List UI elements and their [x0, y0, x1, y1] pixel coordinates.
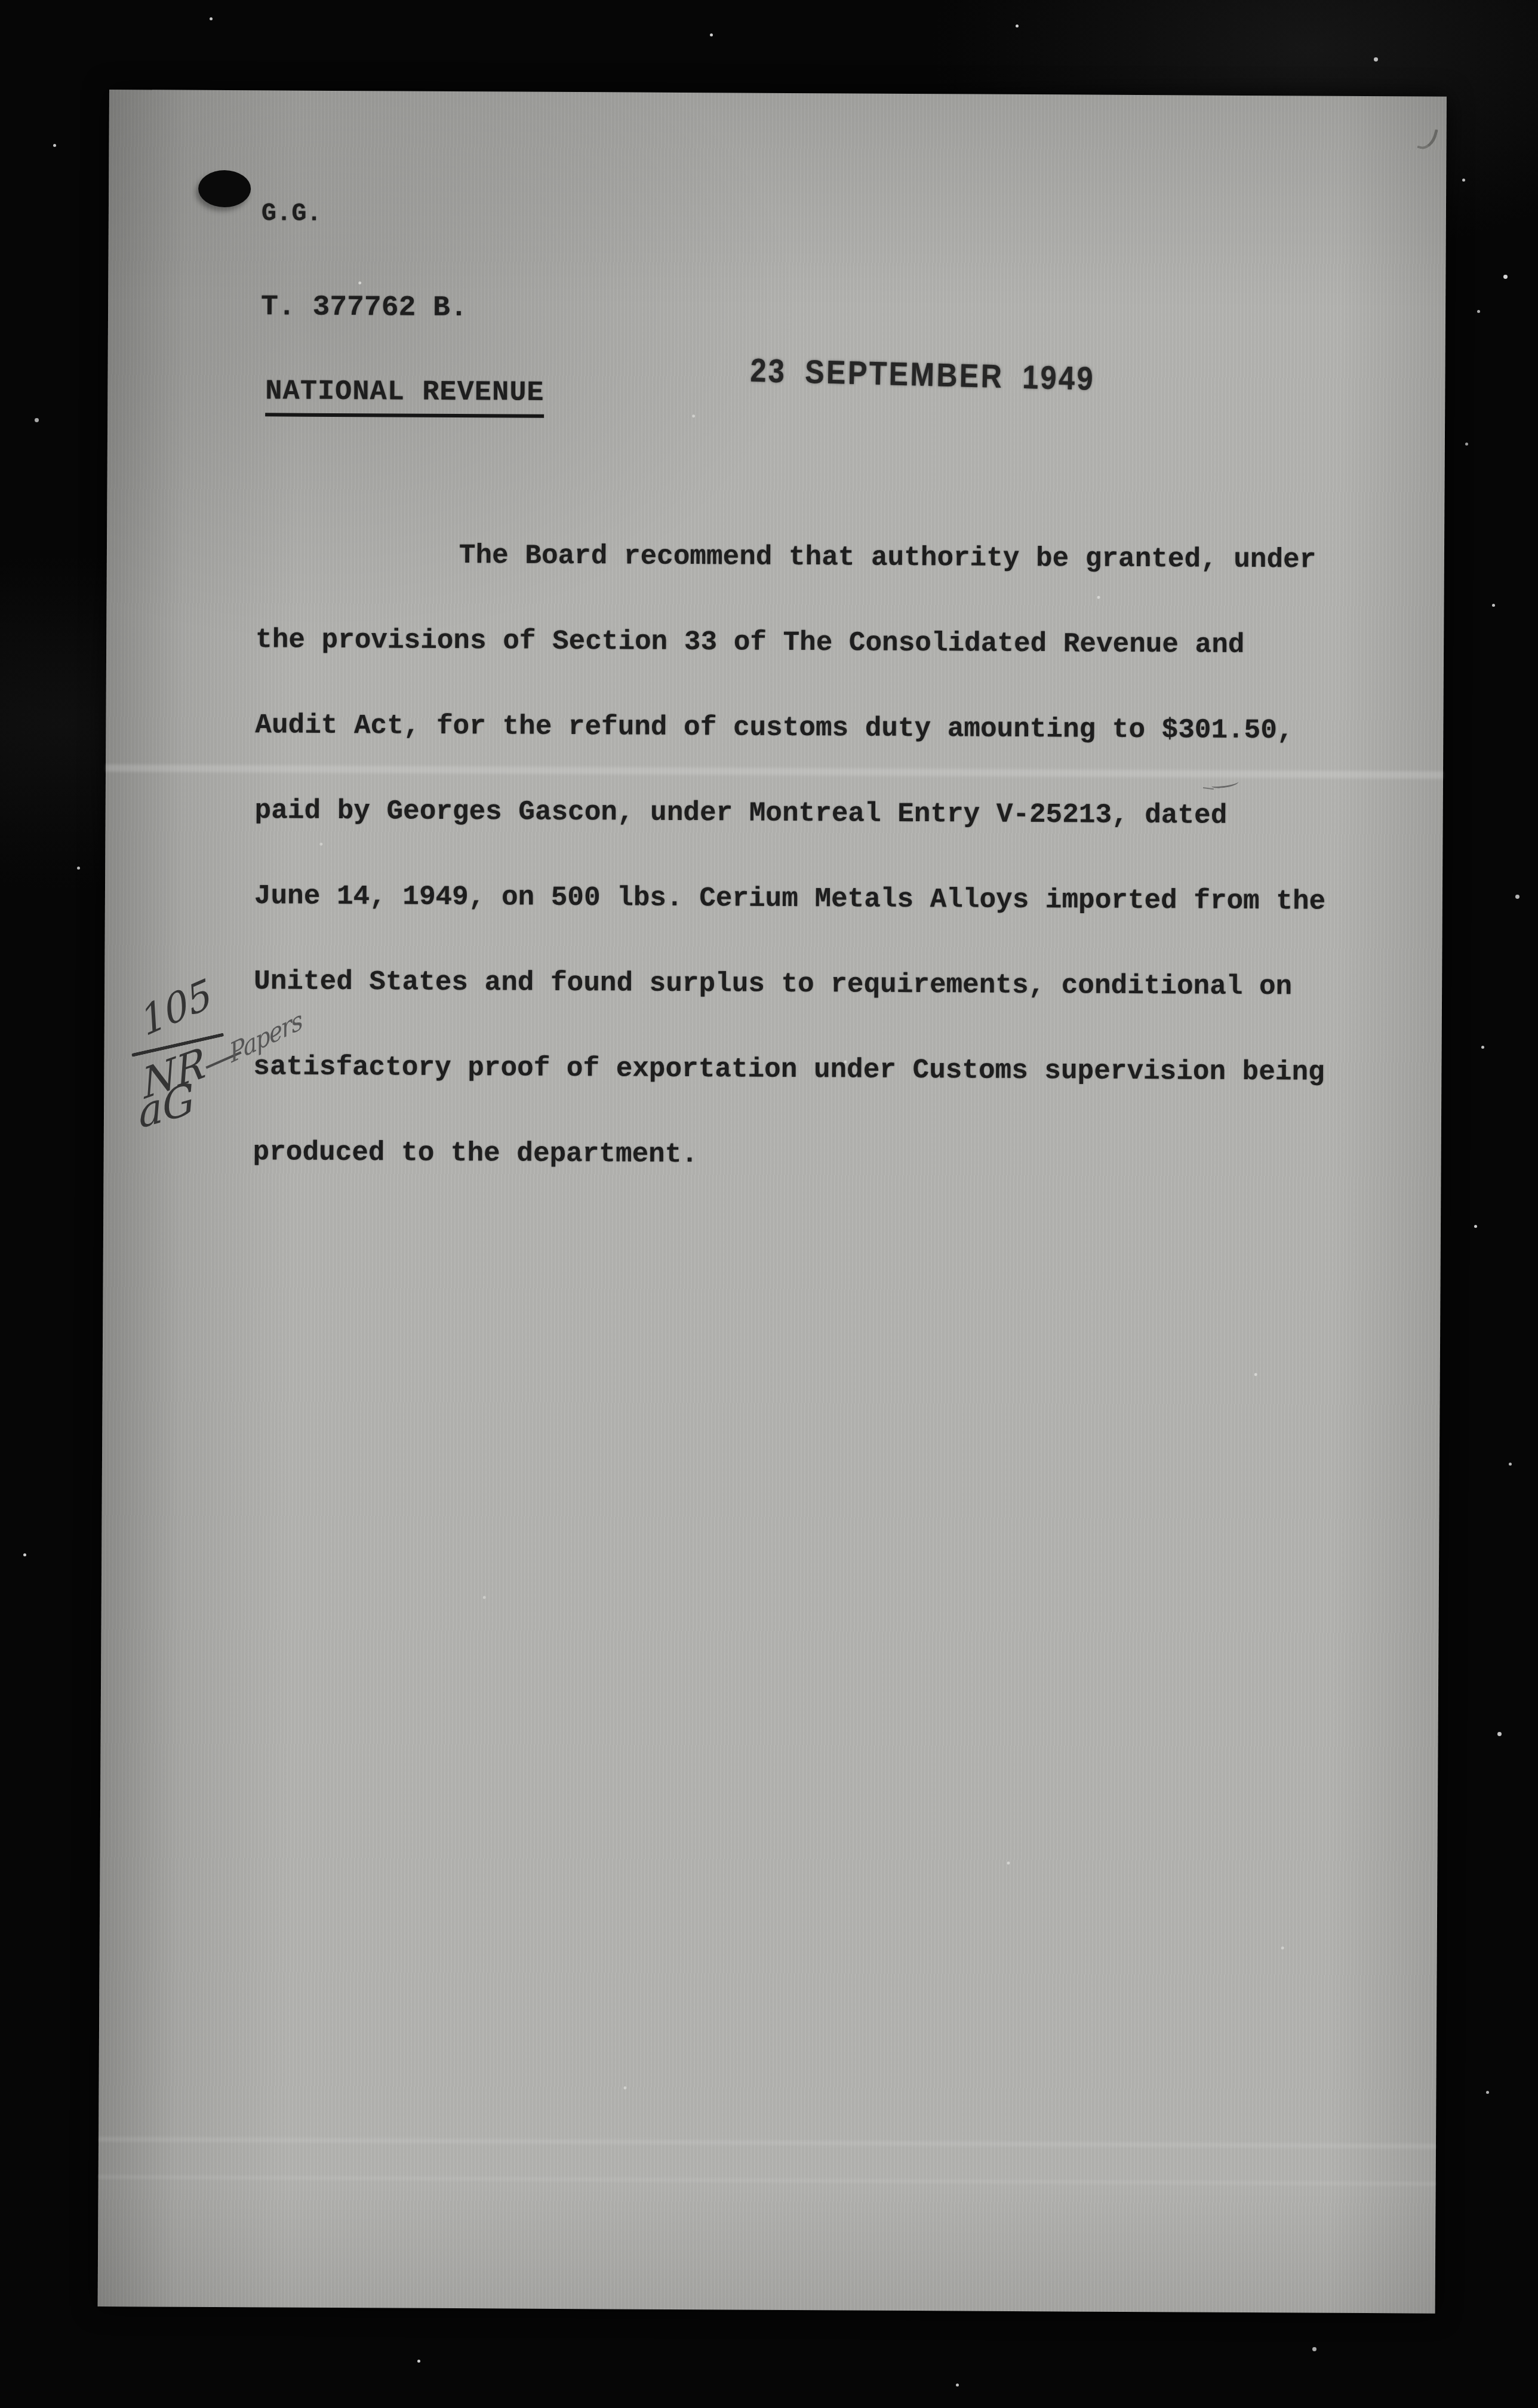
paper-dust-specks	[109, 90, 111, 91]
document-page: G.G. T. 377762 B. NATIONAL REVENUE 23 SE…	[98, 90, 1447, 2314]
department-heading: NATIONAL REVENUE	[265, 376, 545, 417]
paragraph-line: The Board recommend that authority be gr…	[256, 512, 1328, 603]
scan-photograph: G.G. T. 377762 B. NATIONAL REVENUE 23 SE…	[0, 0, 1538, 2408]
file-number: T. 377762 B.	[261, 291, 467, 324]
handwritten-stack-number: 105	[137, 970, 217, 1046]
paragraph-line: United States and found surplus to requi…	[254, 939, 1325, 1030]
paragraph-line: produced to the department.	[253, 1110, 1324, 1200]
paragraph-line: satisfactory proof of exportation under …	[253, 1024, 1325, 1115]
office-initials: G.G.	[262, 199, 322, 228]
corner-scratch-mark	[1417, 126, 1438, 152]
recommendation-paragraph: The Board recommend that authority be gr…	[253, 512, 1327, 1200]
paragraph-line: paid by Georges Gascon, under Montreal E…	[254, 768, 1326, 859]
scan-streak	[99, 2137, 1436, 2149]
hole-punch-mark	[198, 170, 251, 207]
film-dust-specks	[0, 0, 2, 2]
paragraph-line: the provisions of Section 33 of The Cons…	[256, 597, 1327, 688]
paragraph-line: Audit Act, for the refund of customs dut…	[255, 683, 1327, 773]
scan-streak	[99, 2175, 1436, 2186]
paragraph-line: June 14, 1949, on 500 lbs. Cerium Metals…	[254, 853, 1326, 944]
date-stamp: 23 SEPTEMBER 1949	[750, 351, 1096, 398]
